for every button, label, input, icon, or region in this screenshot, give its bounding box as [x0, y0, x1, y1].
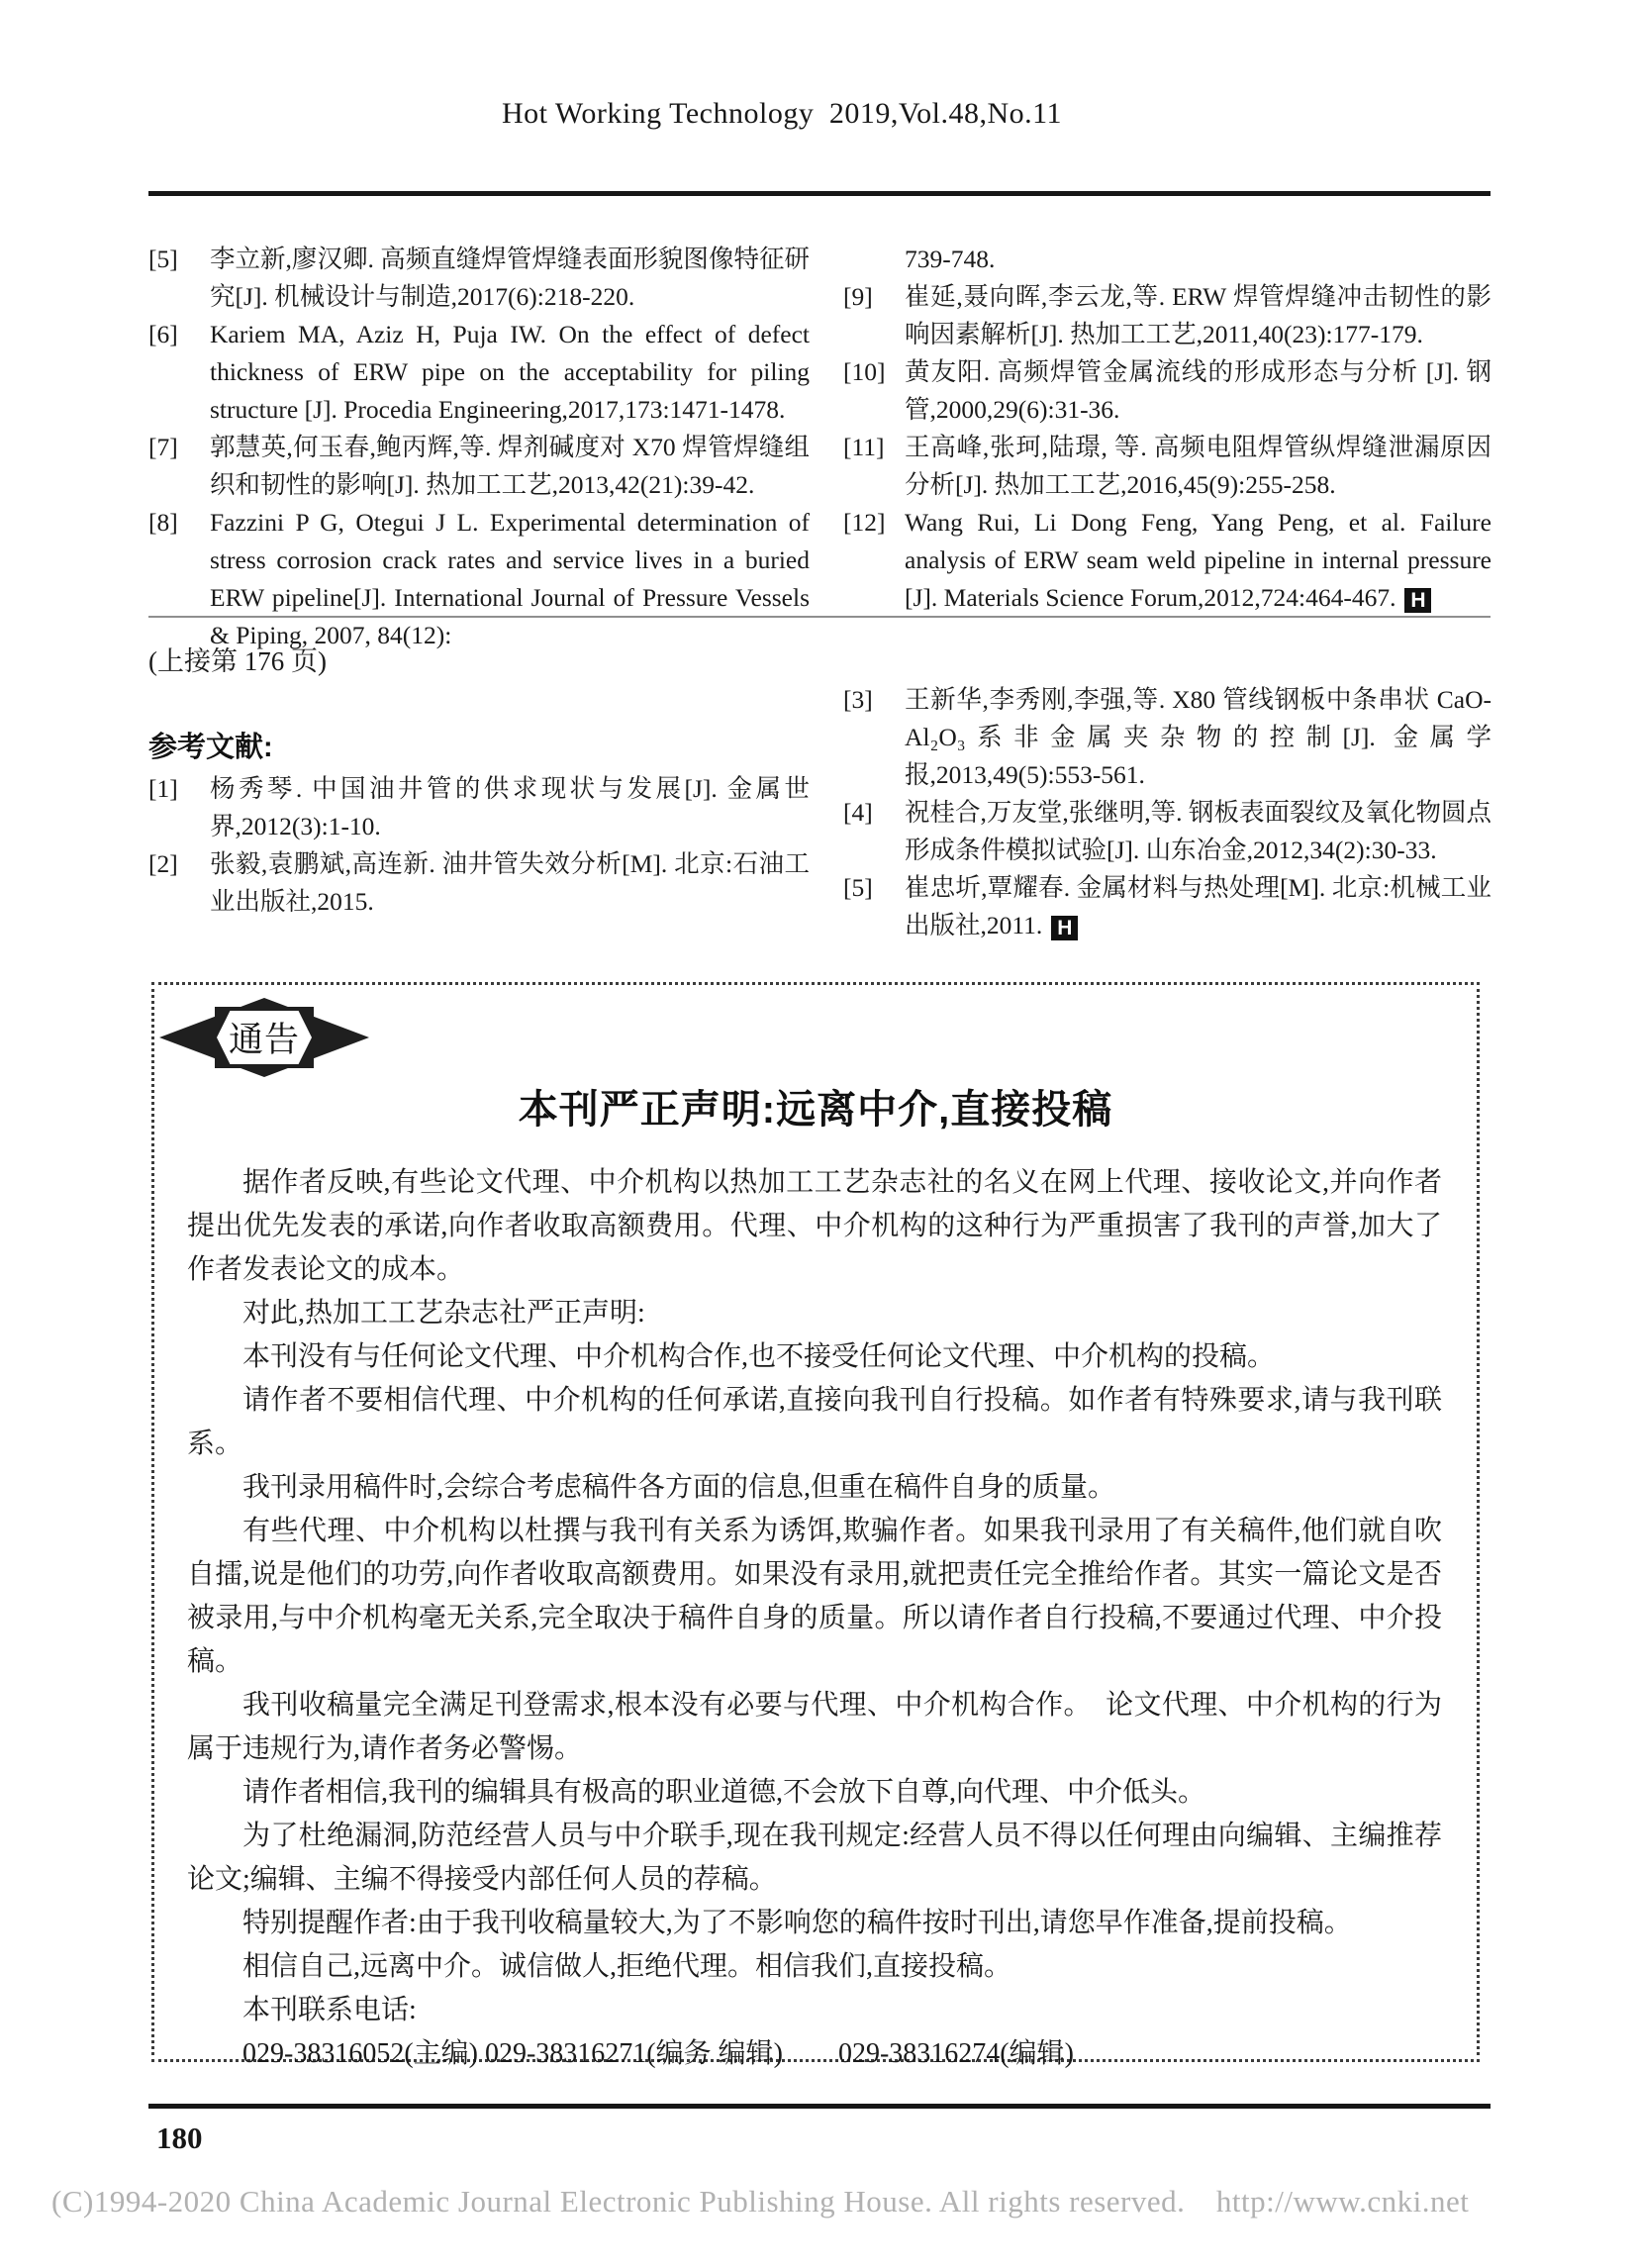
reference-text: 李立新,廖汉卿. 高频直缝焊管焊缝表面形貌图像特征研究[J]. 机械设计与制造,…	[210, 245, 810, 311]
notice-paragraph: 为了杜绝漏洞,防范经营人员与中介联手,现在我刊规定:经营人员不得以任何理由向编辑…	[187, 1815, 1442, 1902]
reference-number: [6]	[148, 316, 178, 353]
notice-paragraph: 本刊没有与任何论文代理、中介机构合作,也不接受任何论文代理、中介机构的投稿。	[187, 1335, 1442, 1379]
page-number: 180	[156, 2120, 203, 2156]
reference-number: [12]	[843, 504, 885, 542]
reference-item: [9]崔延,聂向晖,李云龙,等. ERW 焊管焊缝冲击韧性的影响因素解析[J].…	[843, 278, 1492, 353]
reference-text: 王高峰,张珂,陆璟, 等. 高频电阻焊管纵焊缝泄漏原因分析[J]. 热加工工艺,…	[905, 433, 1492, 499]
notice-title: 本刊严正声明:远离中介,直接投稿	[154, 1078, 1477, 1134]
references-top-left-column: [5]李立新,廖汉卿. 高频直缝焊管焊缝表面形貌图像特征研究[J]. 机械设计与…	[148, 241, 810, 654]
notice-paragraph: 029-38316052(主编) 029-38316271(编务 编辑) 029…	[187, 2032, 1442, 2076]
references-bottom-left-column: 参考文献: [1]杨秀琴. 中国油井管的供求现状与发展[J]. 金属世界,201…	[148, 728, 810, 921]
reference-text: Wang Rui, Li Dong Feng, Yang Peng, et al…	[905, 508, 1492, 612]
footer-rule	[148, 2104, 1491, 2109]
reference-number: [3]	[843, 681, 873, 719]
reference-item: [11]王高峰,张珂,陆璟, 等. 高频电阻焊管纵焊缝泄漏原因分析[J]. 热加…	[843, 429, 1492, 504]
notice-paragraph: 我刊收稿量完全满足刊登需求,根本没有必要与代理、中介机构合作。 论文代理、中介机…	[187, 1684, 1442, 1771]
reference-text: 崔延,聂向晖,李云龙,等. ERW 焊管焊缝冲击韧性的影响因素解析[J]. 热加…	[905, 282, 1492, 348]
notice-paragraph: 特别提醒作者:由于我刊收稿量较大,为了不影响您的稿件按时刊出,请您早作准备,提前…	[187, 1902, 1442, 1945]
reference-text: 739-748.	[905, 245, 995, 273]
reference-number: [4]	[843, 794, 873, 832]
references-top-right-column: 739-748.[9]崔延,聂向晖,李云龙,等. ERW 焊管焊缝冲击韧性的影响…	[843, 241, 1492, 617]
reference-number: [9]	[843, 278, 873, 316]
notice-badge: 通告	[159, 998, 369, 1077]
notice-paragraph: 对此,热加工工艺杂志社严正声明:	[187, 1292, 1442, 1335]
notice-body: 据作者反映,有些论文代理、中介机构以热加工工艺杂志社的名义在网上代理、接收论文,…	[187, 1161, 1442, 2076]
reference-item: [6]Kariem MA, Aziz H, Puja IW. On the ef…	[148, 316, 810, 429]
reference-text: 王新华,李秀刚,李强,等. X80 管线钢板中条串状 CaO-Al₂O₃系非金属…	[905, 685, 1492, 789]
reference-text: 崔忠圻,覃耀春. 金属材料与热处理[M]. 北京:机械工业出版社,2011.	[905, 873, 1492, 939]
notice-paragraph: 据作者反映,有些论文代理、中介机构以热加工工艺杂志社的名义在网上代理、接收论文,…	[187, 1161, 1442, 1292]
reference-text: Fazzini P G, Otegui J L. Experimental de…	[210, 508, 810, 649]
reference-text: 张毅,袁鹏斌,高连新. 油井管失效分析[M]. 北京:石油工业出版社,2015.	[210, 849, 810, 916]
section-divider-rule	[148, 616, 1491, 618]
reference-item: [4]祝桂合,万友堂,张继明,等. 钢板表面裂纹及氧化物圆点形成条件模拟试验[J…	[843, 794, 1492, 869]
notice-paragraph: 本刊联系电话:	[187, 1989, 1442, 2032]
reference-number: [11]	[843, 429, 885, 466]
reference-number: [5]	[148, 241, 178, 278]
reference-number: [1]	[148, 770, 178, 808]
references-heading: 参考文献:	[148, 728, 810, 767]
continued-from-note: (上接第 176 页)	[148, 640, 327, 678]
reference-item: [2]张毅,袁鹏斌,高连新. 油井管失效分析[M]. 北京:石油工业出版社,20…	[148, 845, 810, 921]
reference-item: [10]黄友阳. 高频焊管金属流线的形成形态与分析 [J]. 钢管,2000,2…	[843, 353, 1492, 429]
badge-label: 通告	[217, 1011, 312, 1064]
reference-item: [5]崔忠圻,覃耀春. 金属材料与热处理[M]. 北京:机械工业出版社,2011…	[843, 869, 1492, 944]
reference-number: [5]	[843, 869, 873, 907]
reference-item: 739-748.	[843, 241, 1492, 278]
notice-paragraph: 请作者不要相信代理、中介机构的任何承诺,直接向我刊自行投稿。如作者有特殊要求,请…	[187, 1379, 1442, 1466]
reference-item: [1]杨秀琴. 中国油井管的供求现状与发展[J]. 金属世界,2012(3):1…	[148, 770, 810, 845]
reference-number: [10]	[843, 353, 885, 391]
reference-item: [3]王新华,李秀刚,李强,等. X80 管线钢板中条串状 CaO-Al₂O₃系…	[843, 681, 1492, 794]
notice-paragraph: 有些代理、中介机构以杜撰与我刊有关系为诱饵,欺骗作者。如果我刊录用了有关稿件,他…	[187, 1510, 1442, 1684]
reference-text: 郭慧英,何玉春,鲍丙辉,等. 焊剂碱度对 X70 焊管焊缝组织和韧性的影响[J]…	[210, 433, 810, 499]
notice-paragraph: 请作者相信,我刊的编辑具有极高的职业道德,不会放下自尊,向代理、中介低头。	[187, 1771, 1442, 1815]
reference-item: [5]李立新,廖汉卿. 高频直缝焊管焊缝表面形貌图像特征研究[J]. 机械设计与…	[148, 241, 810, 316]
notice-paragraph: 相信自己,远离中介。诚信做人,拒绝代理。相信我们,直接投稿。	[187, 1945, 1442, 1989]
header-rule	[148, 191, 1491, 196]
reference-number: [7]	[148, 429, 178, 466]
reference-number: [8]	[148, 504, 178, 542]
reference-item: [7]郭慧英,何玉春,鲍丙辉,等. 焊剂碱度对 X70 焊管焊缝组织和韧性的影响…	[148, 429, 810, 504]
copyright-notice: (C)1994-2020 China Academic Journal Elec…	[51, 2184, 1469, 2219]
reference-item: [8]Fazzini P G, Otegui J L. Experimental…	[148, 504, 810, 654]
journal-page: Hot Working Technology 2019,Vol.48,No.11…	[0, 0, 1636, 2268]
reference-text: 杨秀琴. 中国油井管的供求现状与发展[J]. 金属世界,2012(3):1-10…	[210, 774, 810, 840]
reference-text: 祝桂合,万友堂,张继明,等. 钢板表面裂纹及氧化物圆点形成条件模拟试验[J]. …	[905, 798, 1492, 864]
references-bottom-left-list: [1]杨秀琴. 中国油井管的供求现状与发展[J]. 金属世界,2012(3):1…	[148, 770, 810, 921]
reference-item: [12]Wang Rui, Li Dong Feng, Yang Peng, e…	[843, 504, 1492, 617]
article-end-mark-icon: H	[1051, 916, 1078, 940]
reference-text: Kariem MA, Aziz H, Puja IW. On the effec…	[210, 320, 810, 424]
references-bottom-right-column: [3]王新华,李秀刚,李强,等. X80 管线钢板中条串状 CaO-Al₂O₃系…	[843, 681, 1492, 944]
article-end-mark-icon: H	[1404, 588, 1431, 613]
reference-number: [2]	[148, 845, 178, 883]
notice-box: 通告 本刊严正声明:远离中介,直接投稿 据作者反映,有些论文代理、中介机构以热加…	[151, 982, 1480, 2062]
journal-header-line: Hot Working Technology 2019,Vol.48,No.11	[0, 97, 1564, 131]
notice-paragraph: 我刊录用稿件时,会综合考虑稿件各方面的信息,但重在稿件自身的质量。	[187, 1466, 1442, 1510]
reference-text: 黄友阳. 高频焊管金属流线的形成形态与分析 [J]. 钢管,2000,29(6)…	[905, 357, 1492, 424]
